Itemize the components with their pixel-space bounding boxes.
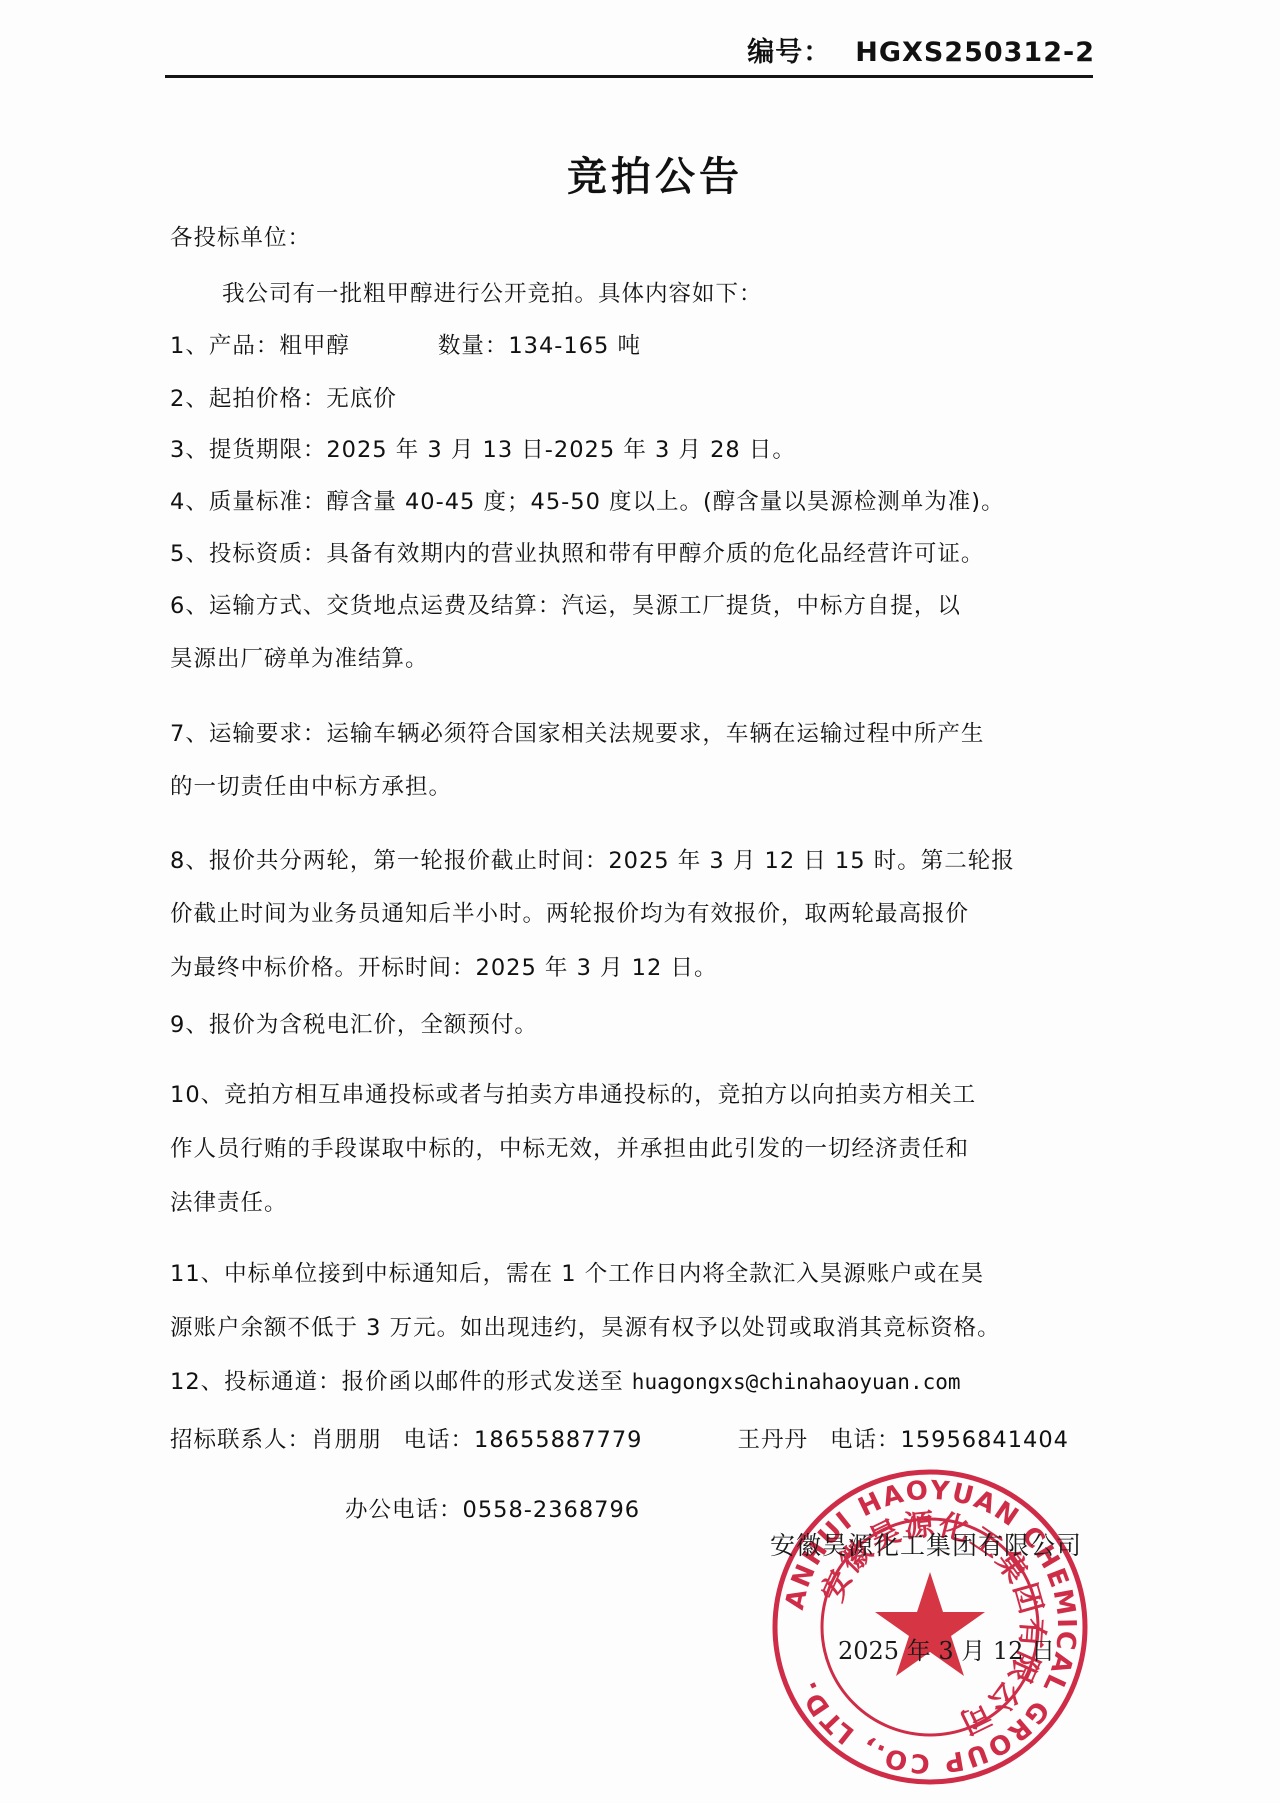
item-2: 2、起拍价格：无底价 bbox=[170, 381, 397, 413]
intro-paragraph: 我公司有一批粗甲醇进行公开竞拍。具体内容如下： bbox=[222, 276, 763, 308]
page-title: 竞拍公告 bbox=[0, 145, 1280, 202]
item-8-line-1: 8、报价共分两轮，第一轮报价截止时间：2025 年 3 月 12 日 15 时。… bbox=[170, 843, 1015, 875]
item-6-line-1: 6、运输方式、交货地点运费及结算：汽运，昊源工厂提货，中标方自提，以 bbox=[170, 588, 961, 620]
contact-2-phone: 电话：15956841404 bbox=[830, 1427, 1069, 1453]
contact-2-name: 王丹丹 bbox=[738, 1427, 809, 1453]
item-9: 9、报价为含税电汇价，全额预付。 bbox=[170, 1007, 538, 1039]
contacts-label: 招标联系人： bbox=[170, 1427, 311, 1453]
item-5: 5、投标资质：具备有效期内的营业执照和带有甲醇介质的危化品经营许可证。 bbox=[170, 536, 984, 568]
contacts-row: 招标联系人：肖朋朋电话：18655887779王丹丹电话：15956841404 bbox=[170, 1422, 1069, 1454]
item-4: 4、质量标准：醇含量 40-45 度；45-50 度以上。(醇含量以昊源检测单为… bbox=[170, 484, 1005, 516]
item-11-line-2: 源账户余额不低于 3 万元。如出现违约，昊源有权予以处罚或取消其竞标资格。 bbox=[170, 1310, 1001, 1342]
document-page: 编号：HGXS250312-2 竞拍公告 各投标单位： 我公司有一批粗甲醇进行公… bbox=[0, 0, 1280, 1803]
item-3: 3、提货期限：2025 年 3 月 13 日-2025 年 3 月 28 日。 bbox=[170, 432, 796, 464]
item-10-line-1: 10、竞拍方相互串通投标或者与拍卖方串通投标的，竞拍方以向拍卖方相关工 bbox=[170, 1077, 976, 1109]
item-12: 12、投标通道：报价函以邮件的形式发送至 huagongxs@chinahaoy… bbox=[170, 1364, 961, 1396]
office-phone: 办公电话：0558-2368796 bbox=[345, 1492, 640, 1524]
salutation: 各投标单位： bbox=[170, 220, 311, 252]
item-10-line-3: 法律责任。 bbox=[170, 1185, 288, 1217]
company-seal-icon: ANHUI HAOYUAN CHEMICAL GROUP CO., LTD. 安… bbox=[765, 1462, 1095, 1792]
item-12-label: 12、投标通道：报价函以邮件的形式发送至 bbox=[170, 1369, 632, 1395]
signature-company: 安徽昊源化工集团有限公司 bbox=[770, 1526, 1082, 1562]
item-1-quantity: 数量：134-165 吨 bbox=[438, 333, 641, 359]
contact-1-name: 肖朋朋 bbox=[311, 1427, 382, 1453]
item-1-product: 1、产品：粗甲醇 bbox=[170, 333, 350, 359]
document-number-value: HGXS250312-2 bbox=[855, 37, 1095, 68]
item-6-line-2: 昊源出厂磅单为准结算。 bbox=[170, 641, 429, 673]
item-7-line-2: 的一切责任由中标方承担。 bbox=[170, 769, 452, 801]
signature-date: 2025 年 3 月 12 日 bbox=[838, 1631, 1055, 1666]
item-8-line-2: 价截止时间为业务员通知后半小时。两轮报价均为有效报价，取两轮最高报价 bbox=[170, 896, 969, 928]
document-number-label: 编号： bbox=[747, 37, 831, 68]
item-8-line-3: 为最终中标价格。开标时间：2025 年 3 月 12 日。 bbox=[170, 950, 717, 982]
header-rule bbox=[165, 75, 1093, 78]
document-number: 编号：HGXS250312-2 bbox=[747, 30, 1095, 69]
item-10-line-2: 作人员行贿的手段谋取中标的，中标无效，并承担由此引发的一切经济责任和 bbox=[170, 1131, 969, 1163]
item-7-line-1: 7、运输要求：运输车辆必须符合国家相关法规要求，车辆在运输过程中所产生 bbox=[170, 716, 984, 748]
item-11-line-1: 11、中标单位接到中标通知后，需在 1 个工作日内将全款汇入昊源账户或在昊 bbox=[170, 1256, 984, 1288]
contact-1-phone: 电话：18655887779 bbox=[404, 1427, 643, 1453]
email-link[interactable]: huagongxs@chinahaoyuan.com bbox=[632, 1370, 961, 1394]
item-1: 1、产品：粗甲醇数量：134-165 吨 bbox=[170, 328, 641, 360]
